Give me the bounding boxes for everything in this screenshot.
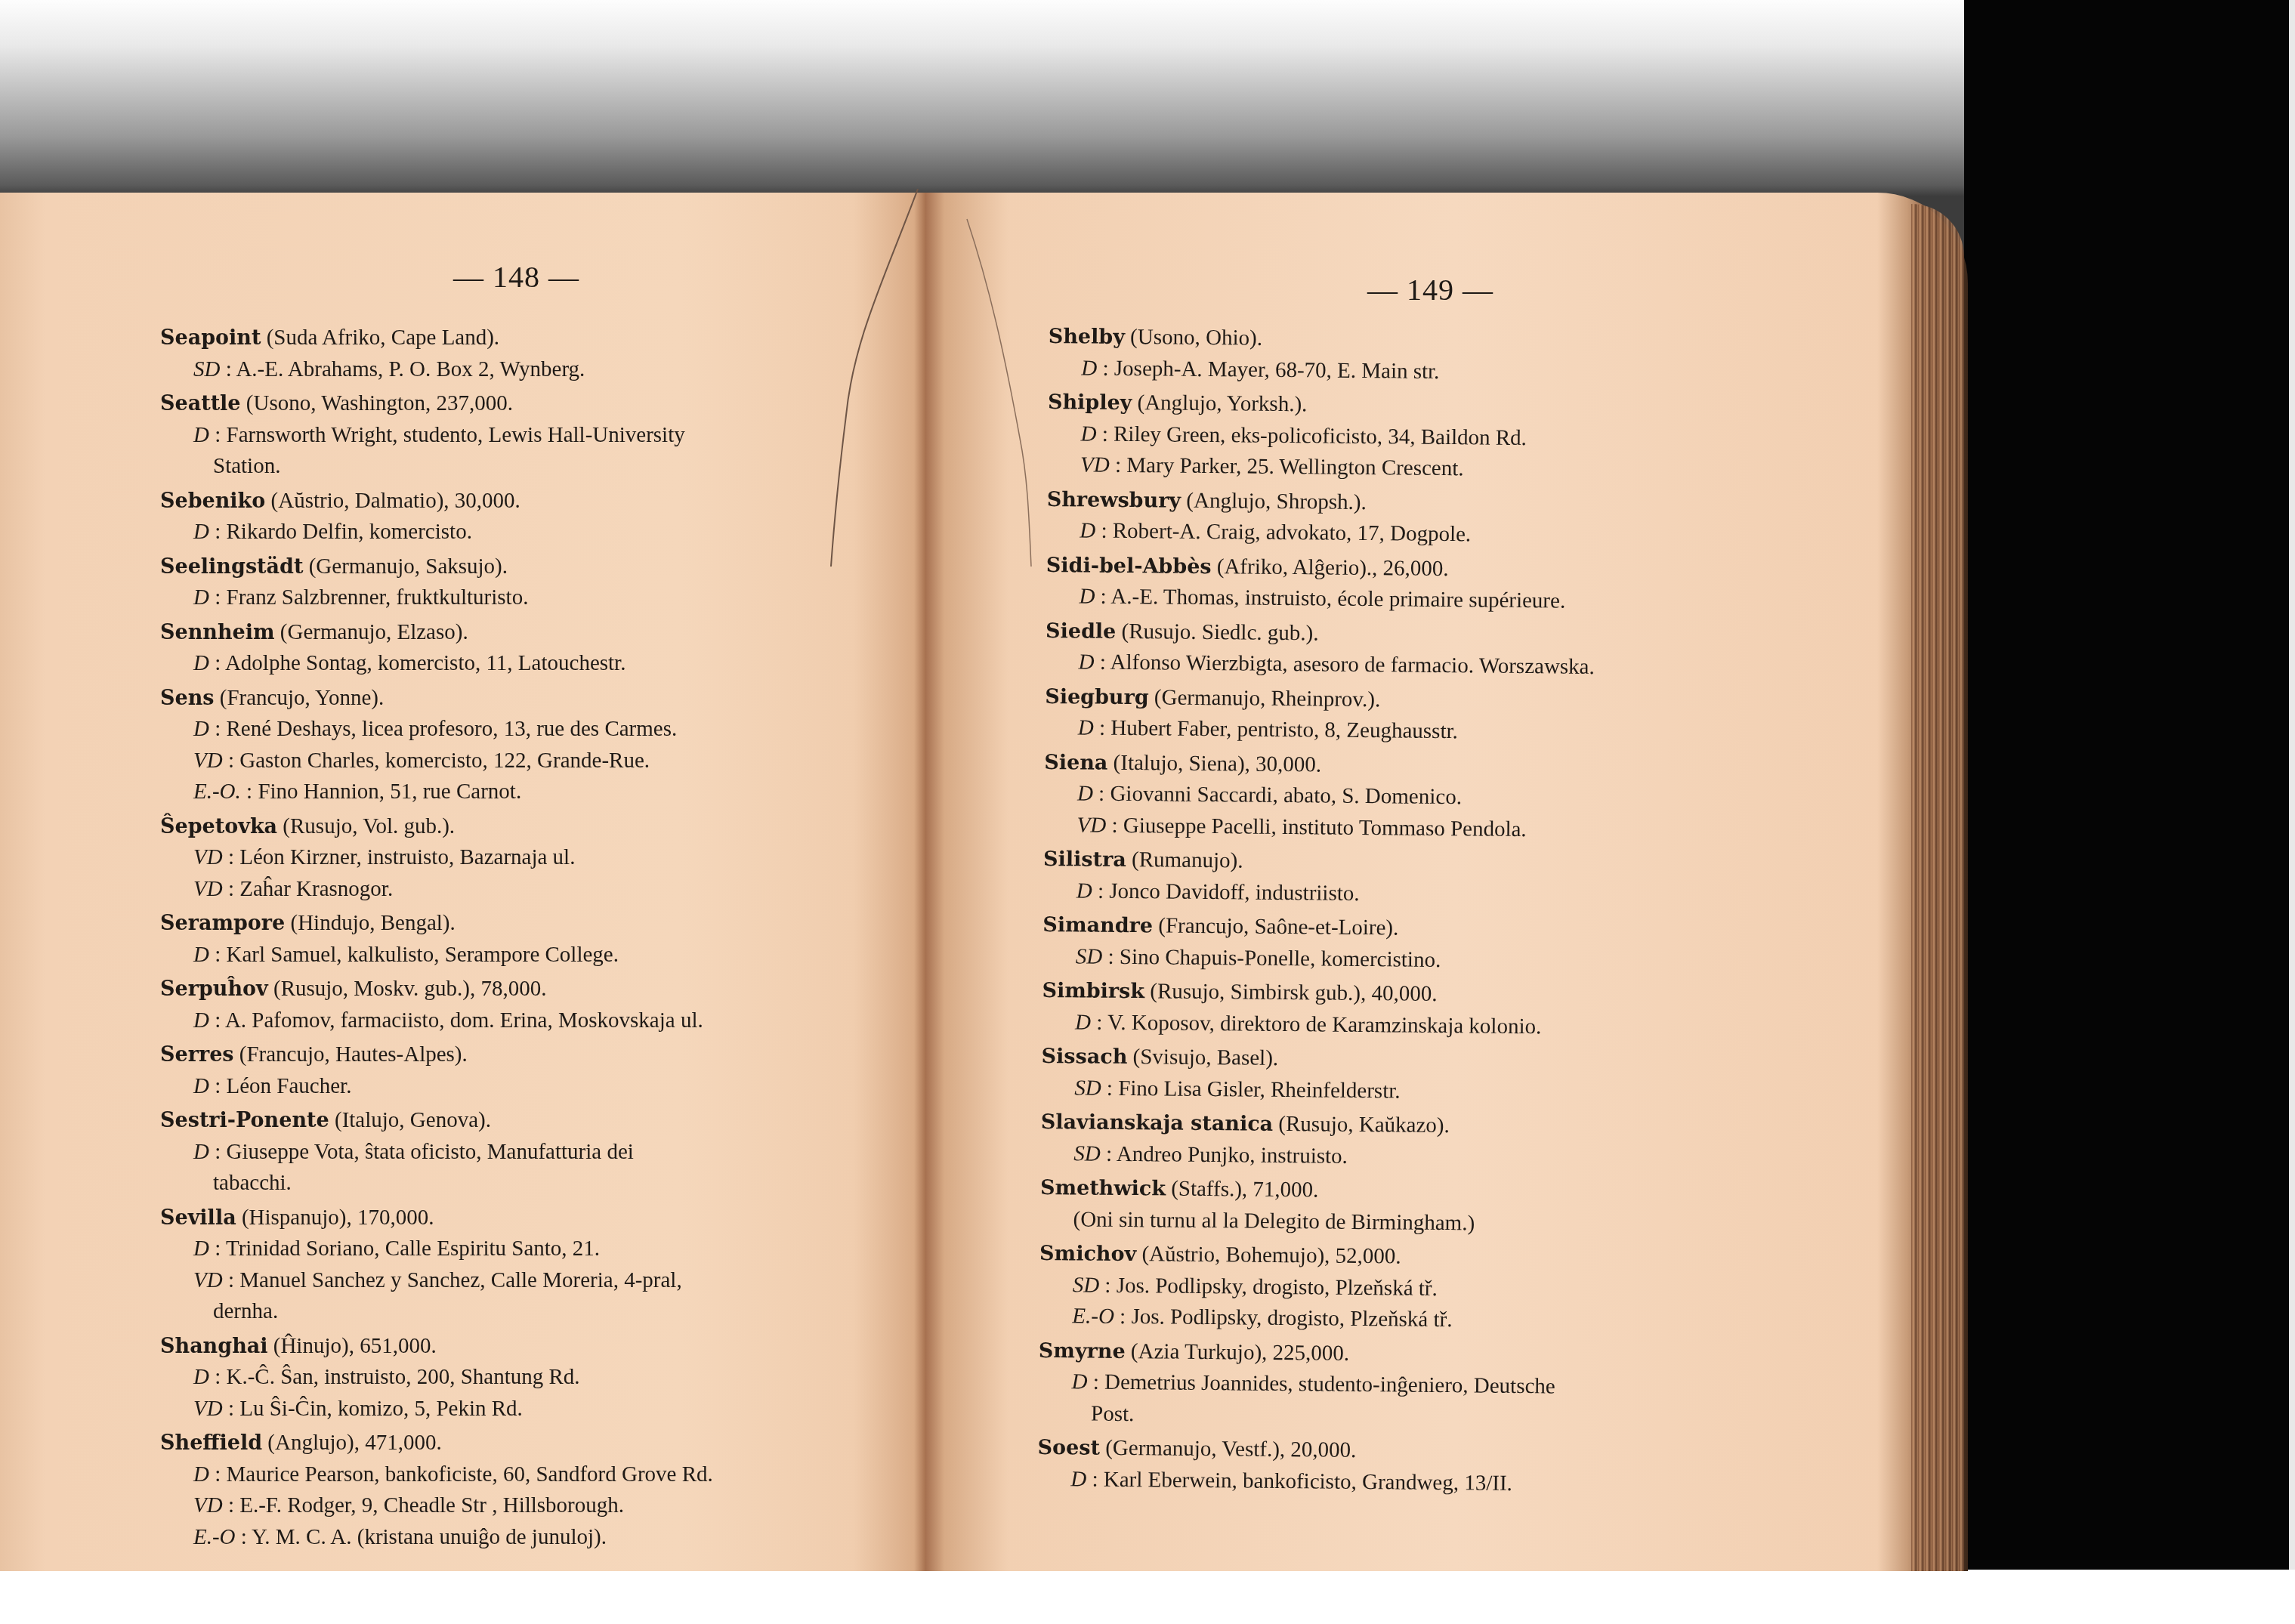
delegate-line: D : Jonco Davidoff, industriisto. [1043, 875, 1734, 912]
dark-background [1964, 0, 2295, 1624]
delegate-text: : Karl Samuel, kalkulisto, Serampore Col… [209, 943, 619, 967]
directory-entry: Siena (Italujo, Siena), 30,000.D : Giova… [1043, 746, 1735, 847]
role-label: D [193, 1074, 209, 1098]
role-label: VD [1080, 452, 1110, 477]
delegate-text: : Léon Faucher. [209, 1074, 351, 1098]
directory-entry: Slavianskaja stanica (Rusujo, Kaŭkazo).S… [1040, 1107, 1732, 1176]
delegate-line: VD : Mary Parker, 25. Wellington Crescen… [1047, 449, 1738, 487]
delegate-text: : A.-E. Abrahams, P. O. Box 2, Wynberg. [220, 357, 585, 381]
place-info: (Rusujo, Kaŭkazo). [1273, 1112, 1450, 1138]
directory-entry: Sebeniko (Aŭstrio, Dalmatio), 30,000.D :… [160, 486, 855, 548]
delegate-line: VD : Manuel Sanchez y Sanchez, Calle Mor… [160, 1265, 855, 1297]
role-label: D [1070, 1467, 1086, 1491]
entry-heading: Seelingstädt (Germanujo, Saksujo). [160, 551, 855, 583]
role-label: VD [193, 1397, 223, 1421]
place-info: (Azia Turkujo), 225,000. [1126, 1339, 1350, 1366]
role-label: D [193, 1140, 209, 1164]
place-info: (Rumanujo). [1126, 848, 1243, 872]
delegate-line: D : Hubert Faber, pentristo, 8, Zeughaus… [1045, 712, 1736, 750]
delegate-text: : Léon Kirzner, instruisto, Bazarnaja ul… [223, 845, 576, 869]
delegate-text: : Fino Hannion, 51, rue Carnot. [241, 780, 521, 804]
role-label: SD [193, 357, 220, 381]
delegate-line: (Oni sin turnu al la Delegito de Birming… [1039, 1203, 1731, 1241]
role-label: VD [1076, 813, 1106, 837]
place-info: (Anglujo), 471,000. [262, 1431, 442, 1455]
delegate-text: : Zaĥar Krasnogor. [223, 877, 394, 901]
delegate-text-continued: dernha. [160, 1296, 855, 1328]
delegate-line: D : Karl Eberwein, bankoficisto, Grandwe… [1037, 1463, 1728, 1501]
role-label: D [193, 1365, 209, 1389]
directory-entry: Shanghai (Ĥinujo), 651,000.D : K.-Ĉ. Ŝan… [160, 1331, 855, 1425]
directory-entry: Smyrne (Azia Turkujo), 225,000.D : Demet… [1038, 1335, 1730, 1435]
role-label: D [193, 717, 209, 741]
role-label: D [1079, 650, 1095, 674]
delegate-text: : Fino Lisa Gisler, Rheinfelderstr. [1101, 1076, 1401, 1103]
role-label: D [193, 520, 209, 544]
place-name: Seapoint [160, 326, 261, 350]
delegate-text: : K.-Ĉ. Ŝan, instruisto, 200, Shantung R… [209, 1365, 580, 1389]
directory-entry: Smethwick (Staffs.), 71,000.(Oni sin tur… [1039, 1172, 1731, 1242]
place-info: (Italujo, Siena), 30,000. [1107, 750, 1321, 776]
directory-entry: Shelby (Usono, Ohio).D : Joseph-A. Mayer… [1048, 321, 1740, 391]
entry-heading: Shanghai (Ĥinujo), 651,000. [160, 1331, 855, 1363]
role-label: D [193, 943, 209, 967]
entry-heading: Serres (Francujo, Hautes-Alpes). [160, 1039, 855, 1071]
place-info: (Svisujo, Basel). [1127, 1045, 1278, 1070]
place-name: Simandre [1042, 913, 1153, 937]
place-name: Silistra [1043, 848, 1126, 872]
delegate-text: : Giovanni Saccardi, abato, S. Domenico. [1093, 782, 1462, 810]
directory-entry: Shrewsbury (Anglujo, Shropsh.).D : Rober… [1046, 483, 1738, 553]
delegate-text: : René Deshays, licea profesoro, 13, rue… [209, 717, 677, 741]
place-name: Ŝepetovka [160, 815, 277, 838]
delegate-line: SD : Fino Lisa Gisler, Rheinfelderstr. [1041, 1072, 1732, 1110]
delegate-line: D : Demetrius Joannides, studento-inĝeni… [1038, 1366, 1729, 1404]
entry-heading: Sennheim (Germanujo, Elzaso). [160, 617, 855, 649]
delegate-line: D : A.-E. Thomas, instruisto, école prim… [1046, 581, 1737, 619]
place-name: Shanghai [160, 1335, 268, 1358]
place-name: Sheffield [160, 1431, 262, 1455]
directory-entry: Serpuĥov (Rusujo, Moskv. gub.), 78,000.D… [160, 974, 855, 1036]
role-label: SD [1073, 1141, 1101, 1166]
place-info: (Francujo, Hautes-Alpes). [234, 1042, 468, 1067]
directory-entry: Sestri-Ponente (Italujo, Genova).D : Giu… [160, 1105, 855, 1199]
delegate-line: VD : Zaĥar Krasnogor. [160, 874, 855, 906]
delegate-text-continued: tabacchi. [160, 1168, 855, 1199]
place-name: Sissach [1042, 1045, 1128, 1069]
place-info: (Francujo, Yonne). [215, 686, 385, 710]
directory-entry: Ŝepetovka (Rusujo, Vol. gub.).VD : Léon … [160, 811, 855, 906]
place-info: (Germanujo, Saksujo). [303, 554, 508, 579]
delegate-line: D : Adolphe Sontag, komercisto, 11, Lato… [160, 648, 855, 680]
role-label: E.-O [1072, 1304, 1114, 1329]
place-info: (Afriko, Alĝerio)., 26,000. [1211, 554, 1448, 581]
directory-entry: Soest (Germanujo, Vestf.), 20,000.D : Ka… [1037, 1432, 1729, 1502]
role-label: D [1079, 584, 1095, 608]
place-name: Sestri-Ponente [160, 1109, 329, 1132]
entry-heading: Sheffield (Anglujo), 471,000. [160, 1428, 855, 1459]
delegate-text: : Manuel Sanchez y Sanchez, Calle Moreri… [223, 1268, 682, 1292]
role-label: D [1076, 878, 1092, 903]
delegate-text: : Farnsworth Wright, studento, Lewis Hal… [209, 423, 685, 447]
place-info: (Anglujo, Shropsh.). [1181, 488, 1367, 514]
place-info: (Staffs.), 71,000. [1166, 1177, 1319, 1203]
entry-heading: Sevilla (Hispanujo), 170,000. [160, 1203, 855, 1234]
entry-heading: Sebeniko (Aŭstrio, Dalmatio), 30,000. [160, 486, 855, 517]
right-column: Shelby (Usono, Ohio).D : Joseph-A. Mayer… [1037, 321, 1740, 1505]
delegate-text: : Trinidad Soriano, Calle Espiritu Santo… [209, 1237, 600, 1261]
delegate-text: : Demetrius Joannides, studento-inĝenier… [1087, 1370, 1555, 1399]
delegate-line: SD : Sino Chapuis-Ponelle, komercistino. [1042, 940, 1734, 978]
place-name: Sidi-bel-Abbès [1046, 553, 1212, 578]
role-label: D [193, 1237, 209, 1261]
place-name: Smichov [1039, 1242, 1136, 1266]
delegate-text: : Giuseppe Pacelli, instituto Tommaso Pe… [1106, 813, 1527, 841]
place-name: Serampore [160, 912, 285, 935]
delegate-line: E.-O : Jos. Podlipsky, drogisto, Plzeňsk… [1039, 1301, 1730, 1338]
directory-entry: Sissach (Svisujo, Basel).SD : Fino Lisa … [1041, 1041, 1733, 1110]
place-info: (Aŭstrio, Dalmatio), 30,000. [265, 489, 520, 513]
role-label: D [1080, 518, 1095, 542]
delegate-text: : Jos. Podlipsky, drogisto, Plzeňská tř. [1114, 1304, 1453, 1332]
directory-entry: Siegburg (Germanujo, Rheinprov.).D : Hub… [1045, 681, 1737, 750]
place-info: (Suda Afriko, Cape Land). [261, 326, 499, 350]
place-name: Serres [160, 1043, 234, 1067]
delegate-text: : Karl Eberwein, bankoficisto, Grandweg,… [1086, 1467, 1512, 1495]
entry-heading: Ŝepetovka (Rusujo, Vol. gub.). [160, 811, 855, 843]
delegate-text: (Oni sin turnu al la Delegito de Birming… [1073, 1207, 1475, 1235]
delegate-text: : A.-E. Thomas, instruisto, école primai… [1095, 585, 1565, 613]
place-name: Smyrne [1039, 1338, 1126, 1363]
place-name: Soest [1038, 1436, 1101, 1460]
place-info: (Usono, Washington, 237,000. [241, 391, 513, 415]
delegate-line: D : K.-Ĉ. Ŝan, instruisto, 200, Shantung… [160, 1362, 855, 1394]
place-name: Shrewsbury [1047, 487, 1181, 512]
delegate-line: D : Rikardo Delfin, komercisto. [160, 517, 855, 548]
place-info: (Francujo, Saône-et-Loire). [1153, 913, 1399, 940]
directory-entry: Smichov (Aŭstrio, Bohemujo), 52,000.SD :… [1039, 1238, 1731, 1338]
place-name: Sennheim [160, 621, 275, 644]
delegate-text: : A. Pafomov, farmaciisto, dom. Erina, M… [209, 1008, 703, 1033]
delegate-text: : Riley Green, eks-policoficisto, 34, Ba… [1096, 421, 1527, 449]
delegate-text: : V. Koposov, direktoro de Karamzinskaja… [1091, 1010, 1542, 1039]
directory-entry: Serampore (Hindujo, Bengal).D : Karl Sam… [160, 908, 855, 971]
delegate-text: : Joseph-A. Mayer, 68-70, E. Main str. [1097, 356, 1439, 383]
place-name: Serpuĥov [160, 977, 268, 1001]
role-label: SD [1073, 1273, 1100, 1297]
directory-entry: Simandre (Francujo, Saône-et-Loire).SD :… [1042, 909, 1734, 979]
role-label: D [1080, 421, 1096, 446]
delegate-line: SD : A.-E. Abrahams, P. O. Box 2, Wynber… [160, 354, 855, 386]
delegate-line: VD : Lu Ŝi-Ĉin, komizo, 5, Pekin Rd. [160, 1394, 855, 1425]
directory-entry: Sevilla (Hispanujo), 170,000.D : Trinida… [160, 1203, 855, 1328]
place-name: Slavianskaja stanica [1041, 1110, 1274, 1136]
delegate-text-continued: Station. [160, 451, 855, 483]
role-label: VD [193, 845, 223, 869]
delegate-text: : Y. M. C. A. (kristana unuiĝo de junulo… [236, 1525, 607, 1549]
delegate-line: D : Trinidad Soriano, Calle Espiritu San… [160, 1233, 855, 1265]
delegate-text: : Jos. Podlipsky, drogisto, Plzeňská tř. [1099, 1273, 1438, 1300]
role-label: SD [1076, 944, 1103, 968]
directory-entry: Seattle (Usono, Washington, 237,000.D : … [160, 388, 855, 483]
directory-entry: Siedle (Rusujo. Siedlc. gub.).D : Alfons… [1045, 615, 1737, 684]
place-name: Siedle [1046, 619, 1117, 643]
entry-heading: Seattle (Usono, Washington, 237,000. [160, 388, 855, 420]
role-label: VD [193, 1268, 223, 1292]
delegate-text: : Adolphe Sontag, komercisto, 11, Latouc… [209, 651, 625, 675]
place-name: Siegburg [1045, 684, 1149, 709]
role-label: D [1081, 356, 1097, 380]
directory-entry: Sidi-bel-Abbès (Afriko, Alĝerio)., 26,00… [1046, 549, 1737, 619]
scan-margin [0, 1570, 2295, 1624]
delegate-line: VD : E.-F. Rodger, 9, Cheadle Str , Hill… [160, 1490, 855, 1522]
delegate-text: : Robert-A. Craig, advokato, 17, Dogpole… [1095, 519, 1471, 547]
delegate-text: : Rikardo Delfin, komercisto. [209, 520, 472, 544]
place-info: (Germanujo, Rheinprov.). [1149, 685, 1381, 712]
role-label: D [1077, 781, 1093, 805]
place-info: (Ĥinujo), 651,000. [268, 1334, 437, 1358]
role-label: D [1075, 1010, 1091, 1034]
place-info: (Rusujo, Moskv. gub.), 78,000. [268, 977, 547, 1001]
directory-entry: Sens (Francujo, Yonne).D : René Deshays,… [160, 683, 855, 808]
directory-entry: Sennheim (Germanujo, Elzaso).D : Adolphe… [160, 617, 855, 680]
delegate-line: D : Giuseppe Vota, ŝtata oficisto, Manuf… [160, 1137, 855, 1169]
place-info: (Rusujo. Siedlc. gub.). [1116, 619, 1319, 645]
place-name: Sevilla [160, 1206, 236, 1230]
delegate-line: D : A. Pafomov, farmaciisto, dom. Erina,… [160, 1005, 855, 1037]
place-name: Sens [160, 687, 215, 710]
left-column: Seapoint (Suda Afriko, Cape Land).SD : A… [160, 323, 855, 1556]
entry-heading: Serampore (Hindujo, Bengal). [160, 908, 855, 940]
delegate-text: : Franz Salzbrenner, fruktkulturisto. [209, 585, 528, 610]
place-name: Smethwick [1040, 1176, 1166, 1201]
delegate-text: : Sino Chapuis-Ponelle, komercistino. [1102, 944, 1441, 971]
role-label: VD [193, 749, 223, 773]
place-info: (Germanujo, Vestf.), 20,000. [1100, 1436, 1357, 1462]
delegate-text: : Hubert Faber, pentristo, 8, Zeughausst… [1094, 716, 1458, 744]
role-label: VD [193, 877, 223, 901]
delegate-line: VD : Giuseppe Pacelli, instituto Tommaso… [1043, 809, 1734, 847]
role-label: D [193, 423, 209, 447]
delegate-text: : Mary Parker, 25. Wellington Crescent. [1110, 453, 1464, 480]
directory-entry: Seapoint (Suda Afriko, Cape Land).SD : A… [160, 323, 855, 385]
delegate-text: : Giuseppe Vota, ŝtata oficisto, Manufat… [209, 1140, 634, 1164]
delegate-line: D : Robert-A. Craig, advokato, 17, Dogpo… [1046, 515, 1737, 553]
delegate-line: E.-O : Y. M. C. A. (kristana unuiĝo de j… [160, 1522, 855, 1554]
delegate-text: : E.-F. Rodger, 9, Cheadle Str , Hillsbo… [223, 1493, 624, 1517]
place-info: (Usono, Ohio). [1125, 325, 1262, 350]
role-label: E.-O [193, 1525, 236, 1549]
delegate-text: : Gaston Charles, komercisto, 122, Grand… [223, 749, 650, 773]
place-info: (Aŭstrio, Bohemujo), 52,000. [1136, 1242, 1401, 1268]
role-label: D [193, 1008, 209, 1033]
entry-heading: Serpuĥov (Rusujo, Moskv. gub.), 78,000. [160, 974, 855, 1005]
delegate-line: E.-O. : Fino Hannion, 51, rue Carnot. [160, 776, 855, 808]
entry-heading: Seapoint (Suda Afriko, Cape Land). [160, 323, 855, 354]
place-name: Sebeniko [160, 489, 265, 513]
delegate-line: D : Alfonso Wierzbigta, asesoro de farma… [1045, 647, 1736, 684]
directory-entry: Shipley (Anglujo, Yorksh.).D : Riley Gre… [1047, 387, 1739, 487]
directory-entry: Simbirsk (Rusujo, Simbirsk gub.), 40,000… [1042, 975, 1734, 1045]
place-info: (Germanujo, Elzaso). [275, 620, 468, 644]
delegate-line: VD : Gaston Charles, komercisto, 122, Gr… [160, 746, 855, 777]
place-name: Seattle [160, 392, 241, 415]
place-name: Shipley [1048, 391, 1132, 415]
delegate-line: D : Farnsworth Wright, studento, Lewis H… [160, 420, 855, 452]
entry-heading: Sestri-Ponente (Italujo, Genova). [160, 1105, 855, 1137]
role-label: E.-O. [193, 780, 241, 804]
role-label: VD [193, 1493, 223, 1517]
place-name: Shelby [1049, 325, 1125, 349]
place-info: (Rusujo, Vol. gub.). [277, 814, 455, 838]
delegate-text: : Lu Ŝi-Ĉin, komizo, 5, Pekin Rd. [223, 1397, 523, 1421]
place-info: (Anglujo, Yorksh.). [1132, 391, 1307, 416]
role-label: SD [1074, 1076, 1101, 1100]
place-info: (Italujo, Genova). [329, 1108, 491, 1132]
delegate-text: : Andreo Punjko, instruisto. [1101, 1141, 1348, 1168]
delegate-line: D : Maurice Pearson, bankoficiste, 60, S… [160, 1459, 855, 1491]
delegate-line: D : Karl Samuel, kalkulisto, Serampore C… [160, 940, 855, 971]
place-name: Simbirsk [1042, 979, 1144, 1003]
role-label: D [1078, 715, 1094, 739]
directory-entry: Seelingstädt (Germanujo, Saksujo).D : Fr… [160, 551, 855, 614]
role-label: D [193, 651, 209, 675]
delegate-line: D : Franz Salzbrenner, fruktkulturisto. [160, 582, 855, 614]
page-edges [1911, 204, 1964, 1571]
page-number-left: — 148 — [453, 259, 579, 295]
delegate-line: SD : Andreo Punjko, instruisto. [1040, 1138, 1731, 1175]
place-name: Siena [1044, 750, 1107, 774]
place-info: (Hispanujo), 170,000. [236, 1206, 434, 1230]
role-label: D [193, 585, 209, 610]
delegate-line: D : René Deshays, licea profesoro, 13, r… [160, 714, 855, 746]
place-info: (Rusujo, Simbirsk gub.), 40,000. [1144, 979, 1438, 1006]
delegate-text-continued: Post. [1038, 1397, 1729, 1435]
delegate-line: VD : Léon Kirzner, instruisto, Bazarnaja… [160, 842, 855, 874]
delegate-line: D : V. Koposov, direktoro de Karamzinska… [1042, 1006, 1733, 1044]
delegate-text: : Alfonso Wierzbigta, asesoro de farmaci… [1094, 650, 1595, 679]
place-info: (Hindujo, Bengal). [285, 911, 456, 935]
role-label: D [193, 1462, 209, 1487]
directory-entry: Sheffield (Anglujo), 471,000.D : Maurice… [160, 1428, 855, 1553]
delegate-line: D : Léon Faucher. [160, 1071, 855, 1103]
delegate-text: : Jonco Davidoff, industriisto. [1092, 878, 1360, 905]
delegate-line: D : Joseph-A. Mayer, 68-70, E. Main str. [1048, 352, 1739, 390]
entry-heading: Sens (Francujo, Yonne). [160, 683, 855, 715]
place-name: Seelingstädt [160, 555, 303, 579]
page-number-right: — 149 — [1367, 272, 1493, 307]
directory-entry: Serres (Francujo, Hautes-Alpes).D : Léon… [160, 1039, 855, 1102]
role-label: D [1071, 1369, 1087, 1394]
delegate-text: : Maurice Pearson, bankoficiste, 60, San… [209, 1462, 713, 1487]
directory-entry: Silistra (Rumanujo).D : Jonco Davidoff, … [1043, 844, 1735, 913]
